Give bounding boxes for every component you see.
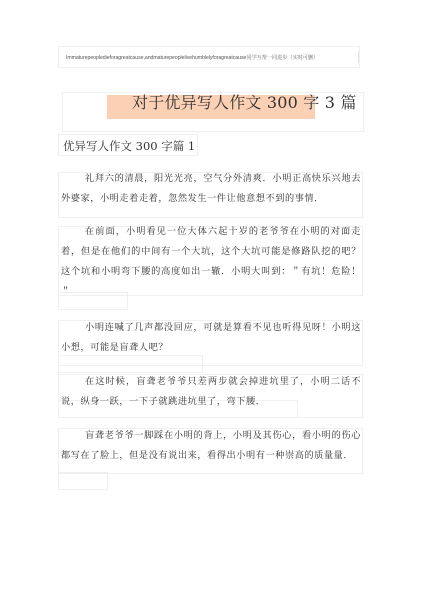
document-page: Immaturepeopledieforagreatcause,andmatur… <box>0 0 423 600</box>
page-title: 对于优异写人作文 300 字 3 篇 <box>132 90 357 113</box>
paragraph-3: 小明连喊了几声都没回应，可就是算看不见也听得见呀！小明这小想，可能是盲聋人吧？ <box>61 318 361 358</box>
header-motto: Immaturepeopledieforagreatcause,andmatur… <box>66 54 362 61</box>
paragraph-1: 礼拜六的清晨，阳光光亮，空气分外清爽．小明正高快乐兴地去外婆家，小明走着走着，忽… <box>61 169 361 209</box>
header-english-text: Immaturepeopledieforagreatcause,andmatur… <box>66 55 246 61</box>
paragraph-2: 在前面，小明看见一位大体六起十岁的老爷爷在小明的对面走着，但是在他们的中间有一个… <box>61 222 361 302</box>
para5-tail-box <box>58 472 108 490</box>
section-heading: 优异写人作文 300 字篇 1 <box>63 138 195 154</box>
paragraph-5: 盲聋老爷爷一脚踩在小明的背上，小明及其伤心，看小明的伤心都写在了脸上，但是没有说… <box>61 426 361 466</box>
header-divider <box>358 51 359 63</box>
header-chinese-text: 同学互帮一同进步（实时可删） <box>246 55 318 61</box>
paragraph-4: 在这时候，盲聋老爷爷只差两步就会掉进坑里了，小明二话不说，纵身一跃，一下子就跳进… <box>61 372 361 412</box>
